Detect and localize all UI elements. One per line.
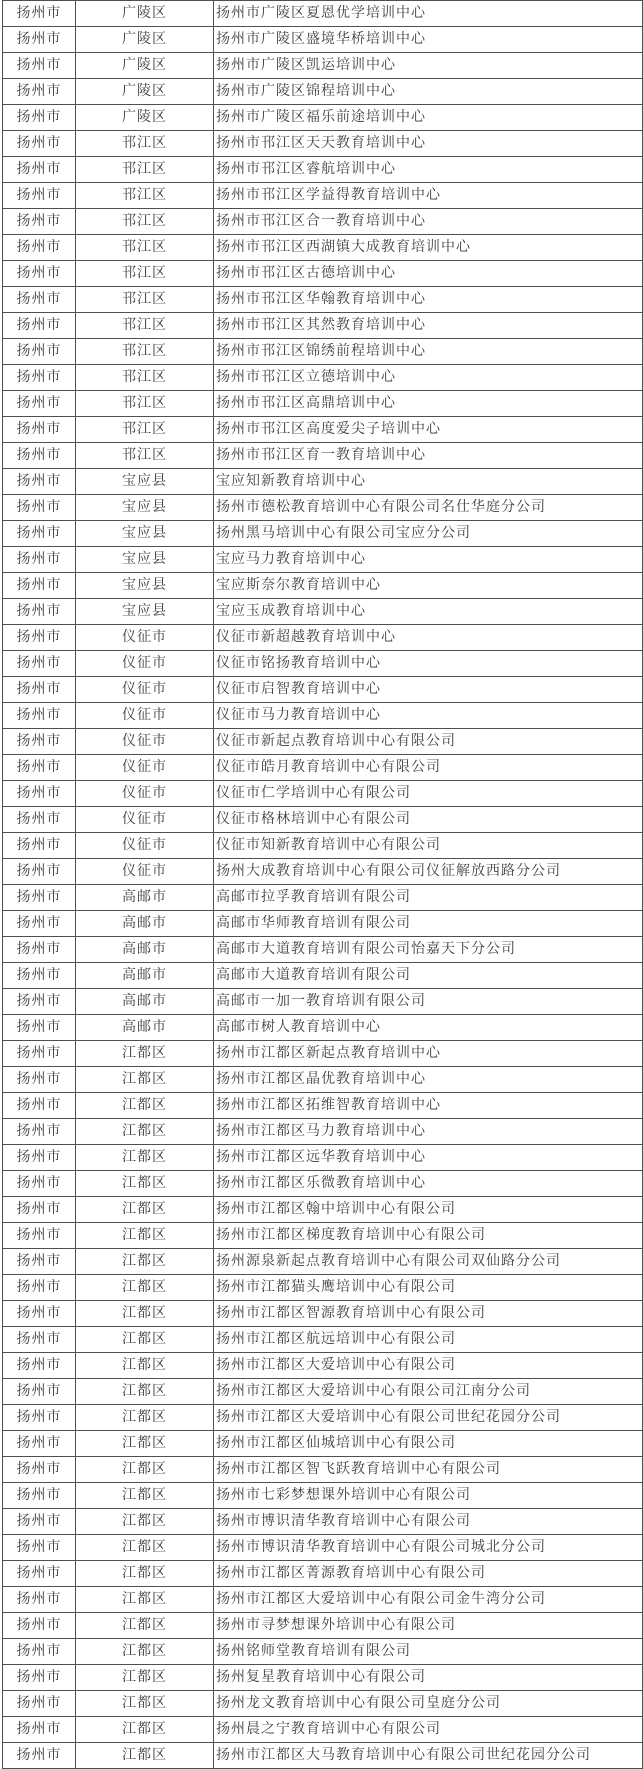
center-name-cell: 高邮市大道教育培训有限公司怡嘉天下分公司 bbox=[214, 937, 643, 963]
district-cell: 江都区 bbox=[76, 1119, 214, 1145]
district-cell: 江都区 bbox=[76, 1561, 214, 1587]
city-cell: 扬州市 bbox=[3, 1093, 76, 1119]
center-name-cell: 宝应玉成教育培训中心 bbox=[214, 599, 643, 625]
table-row: 扬州市邗江区扬州市邗江区高度爱尖子培训中心 bbox=[3, 417, 643, 443]
city-cell: 扬州市 bbox=[3, 1249, 76, 1275]
center-name-cell: 扬州复星教育培训中心有限公司 bbox=[214, 1665, 643, 1691]
city-cell: 扬州市 bbox=[3, 469, 76, 495]
center-name-cell: 扬州市邗江区学益得教育培训中心 bbox=[214, 183, 643, 209]
district-cell: 江都区 bbox=[76, 1457, 214, 1483]
city-cell: 扬州市 bbox=[3, 833, 76, 859]
center-name-cell: 扬州市江都区大爱培训中心有限公司 bbox=[214, 1353, 643, 1379]
city-cell: 扬州市 bbox=[3, 339, 76, 365]
district-cell: 高邮市 bbox=[76, 937, 214, 963]
table-row: 扬州市江都区扬州市江都区拓维智教育培训中心 bbox=[3, 1093, 643, 1119]
district-cell: 仪征市 bbox=[76, 781, 214, 807]
city-cell: 扬州市 bbox=[3, 911, 76, 937]
city-cell: 扬州市 bbox=[3, 781, 76, 807]
city-cell: 扬州市 bbox=[3, 703, 76, 729]
city-cell: 扬州市 bbox=[3, 807, 76, 833]
center-name-cell: 扬州市广陵区福乐前途培训中心 bbox=[214, 105, 643, 131]
city-cell: 扬州市 bbox=[3, 391, 76, 417]
district-cell: 邗江区 bbox=[76, 235, 214, 261]
center-name-cell: 宝应马力教育培训中心 bbox=[214, 547, 643, 573]
district-cell: 高邮市 bbox=[76, 963, 214, 989]
table-row: 扬州市仪征市仪征市马力教育培训中心 bbox=[3, 703, 643, 729]
city-cell: 扬州市 bbox=[3, 755, 76, 781]
table-row: 扬州市江都区扬州市江都区梯度教育培训中心有限公司 bbox=[3, 1223, 643, 1249]
table-row: 扬州市仪征市仪征市新超越教育培训中心 bbox=[3, 625, 643, 651]
district-cell: 广陵区 bbox=[76, 53, 214, 79]
city-cell: 扬州市 bbox=[3, 417, 76, 443]
center-name-cell: 扬州市江都区智飞跃教育培训中心有限公司 bbox=[214, 1457, 643, 1483]
city-cell: 扬州市 bbox=[3, 1509, 76, 1535]
city-cell: 扬州市 bbox=[3, 1405, 76, 1431]
district-cell: 邗江区 bbox=[76, 183, 214, 209]
table-row: 扬州市邗江区扬州市邗江区睿航培训中心 bbox=[3, 157, 643, 183]
city-cell: 扬州市 bbox=[3, 729, 76, 755]
table-row: 扬州市江都区扬州市江都区远华教育培训中心 bbox=[3, 1145, 643, 1171]
district-cell: 江都区 bbox=[76, 1197, 214, 1223]
center-name-cell: 仪征市铭扬教育培训中心 bbox=[214, 651, 643, 677]
table-row: 扬州市仪征市仪征市铭扬教育培训中心 bbox=[3, 651, 643, 677]
city-cell: 扬州市 bbox=[3, 989, 76, 1015]
district-cell: 广陵区 bbox=[76, 105, 214, 131]
page: 扬州市广陵区扬州市广陵区夏恩优学培训中心扬州市广陵区扬州市广陵区盛境华桥培训中心… bbox=[0, 0, 643, 1769]
city-cell: 扬州市 bbox=[3, 1, 76, 27]
district-cell: 高邮市 bbox=[76, 1015, 214, 1041]
center-name-cell: 扬州市广陵区凯运培训中心 bbox=[214, 53, 643, 79]
center-name-cell: 扬州市江都区大爱培训中心有限公司金牛湾分公司 bbox=[214, 1587, 643, 1613]
city-cell: 扬州市 bbox=[3, 677, 76, 703]
district-cell: 宝应县 bbox=[76, 495, 214, 521]
district-cell: 广陵区 bbox=[76, 79, 214, 105]
city-cell: 扬州市 bbox=[3, 1743, 76, 1769]
table-row: 扬州市江都区扬州市江都区智飞跃教育培训中心有限公司 bbox=[3, 1457, 643, 1483]
district-cell: 宝应县 bbox=[76, 547, 214, 573]
table-row: 扬州市仪征市仪征市仁学培训中心有限公司 bbox=[3, 781, 643, 807]
city-cell: 扬州市 bbox=[3, 1639, 76, 1665]
district-cell: 邗江区 bbox=[76, 287, 214, 313]
city-cell: 扬州市 bbox=[3, 209, 76, 235]
district-cell: 江都区 bbox=[76, 1353, 214, 1379]
city-cell: 扬州市 bbox=[3, 235, 76, 261]
table-row: 扬州市江都区扬州龙文教育培训中心有限公司皇庭分公司 bbox=[3, 1691, 643, 1717]
table-row: 扬州市江都区扬州市江都猫头鹰培训中心有限公司 bbox=[3, 1275, 643, 1301]
table-row: 扬州市江都区扬州市江都区大爱培训中心有限公司江南分公司 bbox=[3, 1379, 643, 1405]
table-row: 扬州市邗江区扬州市邗江区立德培训中心 bbox=[3, 365, 643, 391]
center-name-cell: 扬州市七彩梦想课外培训中心有限公司 bbox=[214, 1483, 643, 1509]
district-cell: 江都区 bbox=[76, 1041, 214, 1067]
district-cell: 邗江区 bbox=[76, 261, 214, 287]
city-cell: 扬州市 bbox=[3, 963, 76, 989]
city-cell: 扬州市 bbox=[3, 1327, 76, 1353]
table-row: 扬州市邗江区扬州市邗江区学益得教育培训中心 bbox=[3, 183, 643, 209]
training-center-table: 扬州市广陵区扬州市广陵区夏恩优学培训中心扬州市广陵区扬州市广陵区盛境华桥培训中心… bbox=[2, 0, 643, 1769]
district-cell: 广陵区 bbox=[76, 1, 214, 27]
district-cell: 江都区 bbox=[76, 1483, 214, 1509]
center-name-cell: 扬州市德松教育培训中心有限公司名仕华庭分公司 bbox=[214, 495, 643, 521]
center-name-cell: 仪征市皓月教育培训中心有限公司 bbox=[214, 755, 643, 781]
table-row: 扬州市邗江区扬州市邗江区锦绣前程培训中心 bbox=[3, 339, 643, 365]
table-row: 扬州市高邮市高邮市拉孚教育培训有限公司 bbox=[3, 885, 643, 911]
district-cell: 高邮市 bbox=[76, 911, 214, 937]
table-row: 扬州市宝应县扬州黑马培训中心有限公司宝应分公司 bbox=[3, 521, 643, 547]
district-cell: 邗江区 bbox=[76, 417, 214, 443]
city-cell: 扬州市 bbox=[3, 1067, 76, 1093]
district-cell: 江都区 bbox=[76, 1145, 214, 1171]
table-row: 扬州市高邮市高邮市树人教育培训中心 bbox=[3, 1015, 643, 1041]
district-cell: 高邮市 bbox=[76, 885, 214, 911]
city-cell: 扬州市 bbox=[3, 521, 76, 547]
city-cell: 扬州市 bbox=[3, 1015, 76, 1041]
center-name-cell: 仪征市格林培训中心有限公司 bbox=[214, 807, 643, 833]
center-name-cell: 扬州市邗江区立德培训中心 bbox=[214, 365, 643, 391]
table-row: 扬州市江都区扬州市江都区航远培训中心有限公司 bbox=[3, 1327, 643, 1353]
table-row: 扬州市邗江区扬州市邗江区华翰教育培训中心 bbox=[3, 287, 643, 313]
center-name-cell: 扬州大成教育培训中心有限公司仪征解放西路分公司 bbox=[214, 859, 643, 885]
district-cell: 邗江区 bbox=[76, 131, 214, 157]
district-cell: 邗江区 bbox=[76, 209, 214, 235]
district-cell: 仪征市 bbox=[76, 859, 214, 885]
table-row: 扬州市江都区扬州市江都区大爱培训中心有限公司世纪花园分公司 bbox=[3, 1405, 643, 1431]
center-name-cell: 高邮市大道教育培训有限公司 bbox=[214, 963, 643, 989]
district-cell: 宝应县 bbox=[76, 573, 214, 599]
table-row: 扬州市广陵区扬州市广陵区福乐前途培训中心 bbox=[3, 105, 643, 131]
table-row: 扬州市江都区扬州市江都区新起点教育培训中心 bbox=[3, 1041, 643, 1067]
table-row: 扬州市宝应县宝应知新教育培训中心 bbox=[3, 469, 643, 495]
table-row: 扬州市江都区扬州市七彩梦想课外培训中心有限公司 bbox=[3, 1483, 643, 1509]
city-cell: 扬州市 bbox=[3, 495, 76, 521]
table-row: 扬州市广陵区扬州市广陵区锦程培训中心 bbox=[3, 79, 643, 105]
city-cell: 扬州市 bbox=[3, 937, 76, 963]
center-name-cell: 扬州市江都区拓维智教育培训中心 bbox=[214, 1093, 643, 1119]
center-name-cell: 扬州市江都区仙城培训中心有限公司 bbox=[214, 1431, 643, 1457]
center-name-cell: 扬州市江都区马力教育培训中心 bbox=[214, 1119, 643, 1145]
center-name-cell: 仪征市知新教育培训中心有限公司 bbox=[214, 833, 643, 859]
center-name-cell: 扬州市江都区晶优教育培训中心 bbox=[214, 1067, 643, 1093]
table-row: 扬州市高邮市高邮市一加一教育培训有限公司 bbox=[3, 989, 643, 1015]
center-name-cell: 扬州市邗江区其然教育培训中心 bbox=[214, 313, 643, 339]
district-cell: 仪征市 bbox=[76, 807, 214, 833]
district-cell: 仪征市 bbox=[76, 651, 214, 677]
center-name-cell: 扬州市邗江区古德培训中心 bbox=[214, 261, 643, 287]
city-cell: 扬州市 bbox=[3, 1353, 76, 1379]
district-cell: 宝应县 bbox=[76, 599, 214, 625]
district-cell: 江都区 bbox=[76, 1223, 214, 1249]
table-row: 扬州市江都区扬州市江都区大爱培训中心有限公司金牛湾分公司 bbox=[3, 1587, 643, 1613]
city-cell: 扬州市 bbox=[3, 1301, 76, 1327]
table-row: 扬州市江都区扬州市江都区晶优教育培训中心 bbox=[3, 1067, 643, 1093]
table-row: 扬州市江都区扬州复星教育培训中心有限公司 bbox=[3, 1665, 643, 1691]
center-name-cell: 高邮市树人教育培训中心 bbox=[214, 1015, 643, 1041]
table-row: 扬州市高邮市高邮市大道教育培训有限公司 bbox=[3, 963, 643, 989]
city-cell: 扬州市 bbox=[3, 547, 76, 573]
table-row: 扬州市邗江区扬州市邗江区合一教育培训中心 bbox=[3, 209, 643, 235]
city-cell: 扬州市 bbox=[3, 1665, 76, 1691]
center-name-cell: 扬州市江都区远华教育培训中心 bbox=[214, 1145, 643, 1171]
table-row: 扬州市邗江区扬州市邗江区高鼎培训中心 bbox=[3, 391, 643, 417]
table-row: 扬州市邗江区扬州市邗江区古德培训中心 bbox=[3, 261, 643, 287]
city-cell: 扬州市 bbox=[3, 105, 76, 131]
table-row: 扬州市宝应县宝应玉成教育培训中心 bbox=[3, 599, 643, 625]
city-cell: 扬州市 bbox=[3, 1535, 76, 1561]
table-row: 扬州市邗江区扬州市邗江区天天教育培训中心 bbox=[3, 131, 643, 157]
city-cell: 扬州市 bbox=[3, 157, 76, 183]
district-cell: 江都区 bbox=[76, 1665, 214, 1691]
district-cell: 宝应县 bbox=[76, 469, 214, 495]
center-name-cell: 扬州黑马培训中心有限公司宝应分公司 bbox=[214, 521, 643, 547]
table-row: 扬州市邗江区扬州市邗江区育一教育培训中心 bbox=[3, 443, 643, 469]
table-row: 扬州市江都区扬州源泉新起点教育培训中心有限公司双仙路分公司 bbox=[3, 1249, 643, 1275]
center-name-cell: 仪征市马力教育培训中心 bbox=[214, 703, 643, 729]
district-cell: 仪征市 bbox=[76, 729, 214, 755]
center-name-cell: 扬州市江都猫头鹰培训中心有限公司 bbox=[214, 1275, 643, 1301]
city-cell: 扬州市 bbox=[3, 651, 76, 677]
table-row: 扬州市江都区扬州市江都区翰中培训中心有限公司 bbox=[3, 1197, 643, 1223]
city-cell: 扬州市 bbox=[3, 365, 76, 391]
city-cell: 扬州市 bbox=[3, 859, 76, 885]
table-row: 扬州市宝应县扬州市德松教育培训中心有限公司名仕华庭分公司 bbox=[3, 495, 643, 521]
center-name-cell: 扬州市江都区乐微教育培训中心 bbox=[214, 1171, 643, 1197]
district-cell: 广陵区 bbox=[76, 27, 214, 53]
city-cell: 扬州市 bbox=[3, 183, 76, 209]
center-name-cell: 扬州市邗江区高鼎培训中心 bbox=[214, 391, 643, 417]
city-cell: 扬州市 bbox=[3, 261, 76, 287]
district-cell: 邗江区 bbox=[76, 443, 214, 469]
district-cell: 江都区 bbox=[76, 1249, 214, 1275]
district-cell: 江都区 bbox=[76, 1093, 214, 1119]
city-cell: 扬州市 bbox=[3, 1171, 76, 1197]
city-cell: 扬州市 bbox=[3, 1483, 76, 1509]
table-row: 扬州市仪征市仪征市新起点教育培训中心有限公司 bbox=[3, 729, 643, 755]
center-name-cell: 扬州市邗江区西湖镇大成教育培训中心 bbox=[214, 235, 643, 261]
table-row: 扬州市江都区扬州市江都区大爱培训中心有限公司 bbox=[3, 1353, 643, 1379]
table-row: 扬州市高邮市高邮市华师教育培训有限公司 bbox=[3, 911, 643, 937]
city-cell: 扬州市 bbox=[3, 287, 76, 313]
center-name-cell: 扬州市广陵区锦程培训中心 bbox=[214, 79, 643, 105]
training-center-table-body: 扬州市广陵区扬州市广陵区夏恩优学培训中心扬州市广陵区扬州市广陵区盛境华桥培训中心… bbox=[3, 1, 643, 1769]
district-cell: 江都区 bbox=[76, 1535, 214, 1561]
city-cell: 扬州市 bbox=[3, 1431, 76, 1457]
district-cell: 仪征市 bbox=[76, 755, 214, 781]
table-row: 扬州市广陵区扬州市广陵区盛境华桥培训中心 bbox=[3, 27, 643, 53]
district-cell: 高邮市 bbox=[76, 989, 214, 1015]
table-row: 扬州市广陵区扬州市广陵区夏恩优学培训中心 bbox=[3, 1, 643, 27]
center-name-cell: 扬州市江都区梯度教育培训中心有限公司 bbox=[214, 1223, 643, 1249]
district-cell: 江都区 bbox=[76, 1717, 214, 1743]
district-cell: 江都区 bbox=[76, 1327, 214, 1353]
center-name-cell: 扬州市江都区菁源教育培训中心有限公司 bbox=[214, 1561, 643, 1587]
city-cell: 扬州市 bbox=[3, 79, 76, 105]
city-cell: 扬州市 bbox=[3, 625, 76, 651]
district-cell: 江都区 bbox=[76, 1639, 214, 1665]
table-row: 扬州市宝应县宝应马力教育培训中心 bbox=[3, 547, 643, 573]
city-cell: 扬州市 bbox=[3, 27, 76, 53]
table-row: 扬州市江都区扬州市江都区智源教育培训中心有限公司 bbox=[3, 1301, 643, 1327]
city-cell: 扬州市 bbox=[3, 1041, 76, 1067]
city-cell: 扬州市 bbox=[3, 53, 76, 79]
table-row: 扬州市江都区扬州市江都区乐微教育培训中心 bbox=[3, 1171, 643, 1197]
center-name-cell: 扬州市博识清华教育培训中心有限公司城北分公司 bbox=[214, 1535, 643, 1561]
center-name-cell: 扬州市邗江区华翰教育培训中心 bbox=[214, 287, 643, 313]
city-cell: 扬州市 bbox=[3, 131, 76, 157]
city-cell: 扬州市 bbox=[3, 313, 76, 339]
center-name-cell: 扬州市邗江区天天教育培训中心 bbox=[214, 131, 643, 157]
center-name-cell: 扬州市邗江区高度爱尖子培训中心 bbox=[214, 417, 643, 443]
table-row: 扬州市仪征市仪征市启智教育培训中心 bbox=[3, 677, 643, 703]
city-cell: 扬州市 bbox=[3, 1717, 76, 1743]
district-cell: 江都区 bbox=[76, 1171, 214, 1197]
district-cell: 江都区 bbox=[76, 1587, 214, 1613]
district-cell: 江都区 bbox=[76, 1067, 214, 1093]
table-row: 扬州市高邮市高邮市大道教育培训有限公司怡嘉天下分公司 bbox=[3, 937, 643, 963]
district-cell: 江都区 bbox=[76, 1275, 214, 1301]
city-cell: 扬州市 bbox=[3, 1223, 76, 1249]
city-cell: 扬州市 bbox=[3, 1119, 76, 1145]
center-name-cell: 扬州市邗江区锦绣前程培训中心 bbox=[214, 339, 643, 365]
district-cell: 江都区 bbox=[76, 1301, 214, 1327]
district-cell: 江都区 bbox=[76, 1743, 214, 1769]
center-name-cell: 扬州市邗江区合一教育培训中心 bbox=[214, 209, 643, 235]
table-row: 扬州市江都区扬州市博识清华教育培训中心有限公司城北分公司 bbox=[3, 1535, 643, 1561]
table-row: 扬州市江都区扬州市博识清华教育培训中心有限公司 bbox=[3, 1509, 643, 1535]
table-row: 扬州市广陵区扬州市广陵区凯运培训中心 bbox=[3, 53, 643, 79]
center-name-cell: 扬州市邗江区睿航培训中心 bbox=[214, 157, 643, 183]
center-name-cell: 宝应知新教育培训中心 bbox=[214, 469, 643, 495]
center-name-cell: 仪征市仁学培训中心有限公司 bbox=[214, 781, 643, 807]
table-row: 扬州市邗江区扬州市邗江区其然教育培训中心 bbox=[3, 313, 643, 339]
district-cell: 仪征市 bbox=[76, 703, 214, 729]
center-name-cell: 扬州市邗江区育一教育培训中心 bbox=[214, 443, 643, 469]
center-name-cell: 高邮市拉孚教育培训有限公司 bbox=[214, 885, 643, 911]
table-row: 扬州市江都区扬州市江都区仙城培训中心有限公司 bbox=[3, 1431, 643, 1457]
district-cell: 江都区 bbox=[76, 1691, 214, 1717]
district-cell: 仪征市 bbox=[76, 625, 214, 651]
center-name-cell: 扬州市寻梦想课外培训中心有限公司 bbox=[214, 1613, 643, 1639]
table-row: 扬州市仪征市仪征市知新教育培训中心有限公司 bbox=[3, 833, 643, 859]
table-row: 扬州市江都区扬州市江都区马力教育培训中心 bbox=[3, 1119, 643, 1145]
center-name-cell: 扬州市江都区智源教育培训中心有限公司 bbox=[214, 1301, 643, 1327]
center-name-cell: 扬州市广陵区夏恩优学培训中心 bbox=[214, 1, 643, 27]
district-cell: 邗江区 bbox=[76, 391, 214, 417]
table-row: 扬州市仪征市扬州大成教育培训中心有限公司仪征解放西路分公司 bbox=[3, 859, 643, 885]
district-cell: 江都区 bbox=[76, 1379, 214, 1405]
center-name-cell: 扬州晨之宁教育培训中心有限公司 bbox=[214, 1717, 643, 1743]
table-row: 扬州市江都区扬州市江都区大马教育培训中心有限公司世纪花园分公司 bbox=[3, 1743, 643, 1769]
district-cell: 宝应县 bbox=[76, 521, 214, 547]
city-cell: 扬州市 bbox=[3, 1587, 76, 1613]
table-row: 扬州市江都区扬州铭师堂教育培训有限公司 bbox=[3, 1639, 643, 1665]
city-cell: 扬州市 bbox=[3, 1457, 76, 1483]
district-cell: 仪征市 bbox=[76, 677, 214, 703]
district-cell: 邗江区 bbox=[76, 365, 214, 391]
district-cell: 仪征市 bbox=[76, 833, 214, 859]
city-cell: 扬州市 bbox=[3, 1197, 76, 1223]
table-row: 扬州市江都区扬州市江都区菁源教育培训中心有限公司 bbox=[3, 1561, 643, 1587]
center-name-cell: 高邮市华师教育培训有限公司 bbox=[214, 911, 643, 937]
center-name-cell: 扬州市博识清华教育培训中心有限公司 bbox=[214, 1509, 643, 1535]
center-name-cell: 扬州源泉新起点教育培训中心有限公司双仙路分公司 bbox=[214, 1249, 643, 1275]
city-cell: 扬州市 bbox=[3, 885, 76, 911]
center-name-cell: 宝应斯奈尔教育培训中心 bbox=[214, 573, 643, 599]
city-cell: 扬州市 bbox=[3, 1145, 76, 1171]
center-name-cell: 扬州市江都区航远培训中心有限公司 bbox=[214, 1327, 643, 1353]
center-name-cell: 仪征市新超越教育培训中心 bbox=[214, 625, 643, 651]
center-name-cell: 扬州市江都区大爱培训中心有限公司世纪花园分公司 bbox=[214, 1405, 643, 1431]
city-cell: 扬州市 bbox=[3, 1613, 76, 1639]
city-cell: 扬州市 bbox=[3, 573, 76, 599]
table-row: 扬州市仪征市仪征市皓月教育培训中心有限公司 bbox=[3, 755, 643, 781]
table-row: 扬州市江都区扬州市寻梦想课外培训中心有限公司 bbox=[3, 1613, 643, 1639]
center-name-cell: 扬州市江都区新起点教育培训中心 bbox=[214, 1041, 643, 1067]
district-cell: 邗江区 bbox=[76, 339, 214, 365]
center-name-cell: 扬州市江都区翰中培训中心有限公司 bbox=[214, 1197, 643, 1223]
district-cell: 江都区 bbox=[76, 1431, 214, 1457]
district-cell: 邗江区 bbox=[76, 157, 214, 183]
table-row: 扬州市宝应县宝应斯奈尔教育培训中心 bbox=[3, 573, 643, 599]
district-cell: 江都区 bbox=[76, 1509, 214, 1535]
city-cell: 扬州市 bbox=[3, 1379, 76, 1405]
center-name-cell: 扬州铭师堂教育培训有限公司 bbox=[214, 1639, 643, 1665]
district-cell: 江都区 bbox=[76, 1613, 214, 1639]
city-cell: 扬州市 bbox=[3, 599, 76, 625]
center-name-cell: 扬州龙文教育培训中心有限公司皇庭分公司 bbox=[214, 1691, 643, 1717]
center-name-cell: 扬州市广陵区盛境华桥培训中心 bbox=[214, 27, 643, 53]
city-cell: 扬州市 bbox=[3, 443, 76, 469]
district-cell: 邗江区 bbox=[76, 313, 214, 339]
table-row: 扬州市仪征市仪征市格林培训中心有限公司 bbox=[3, 807, 643, 833]
city-cell: 扬州市 bbox=[3, 1691, 76, 1717]
table-row: 扬州市江都区扬州晨之宁教育培训中心有限公司 bbox=[3, 1717, 643, 1743]
city-cell: 扬州市 bbox=[3, 1561, 76, 1587]
center-name-cell: 扬州市江都区大马教育培训中心有限公司世纪花园分公司 bbox=[214, 1743, 643, 1769]
center-name-cell: 扬州市江都区大爱培训中心有限公司江南分公司 bbox=[214, 1379, 643, 1405]
center-name-cell: 仪征市新起点教育培训中心有限公司 bbox=[214, 729, 643, 755]
district-cell: 江都区 bbox=[76, 1405, 214, 1431]
center-name-cell: 高邮市一加一教育培训有限公司 bbox=[214, 989, 643, 1015]
city-cell: 扬州市 bbox=[3, 1275, 76, 1301]
table-row: 扬州市邗江区扬州市邗江区西湖镇大成教育培训中心 bbox=[3, 235, 643, 261]
center-name-cell: 仪征市启智教育培训中心 bbox=[214, 677, 643, 703]
